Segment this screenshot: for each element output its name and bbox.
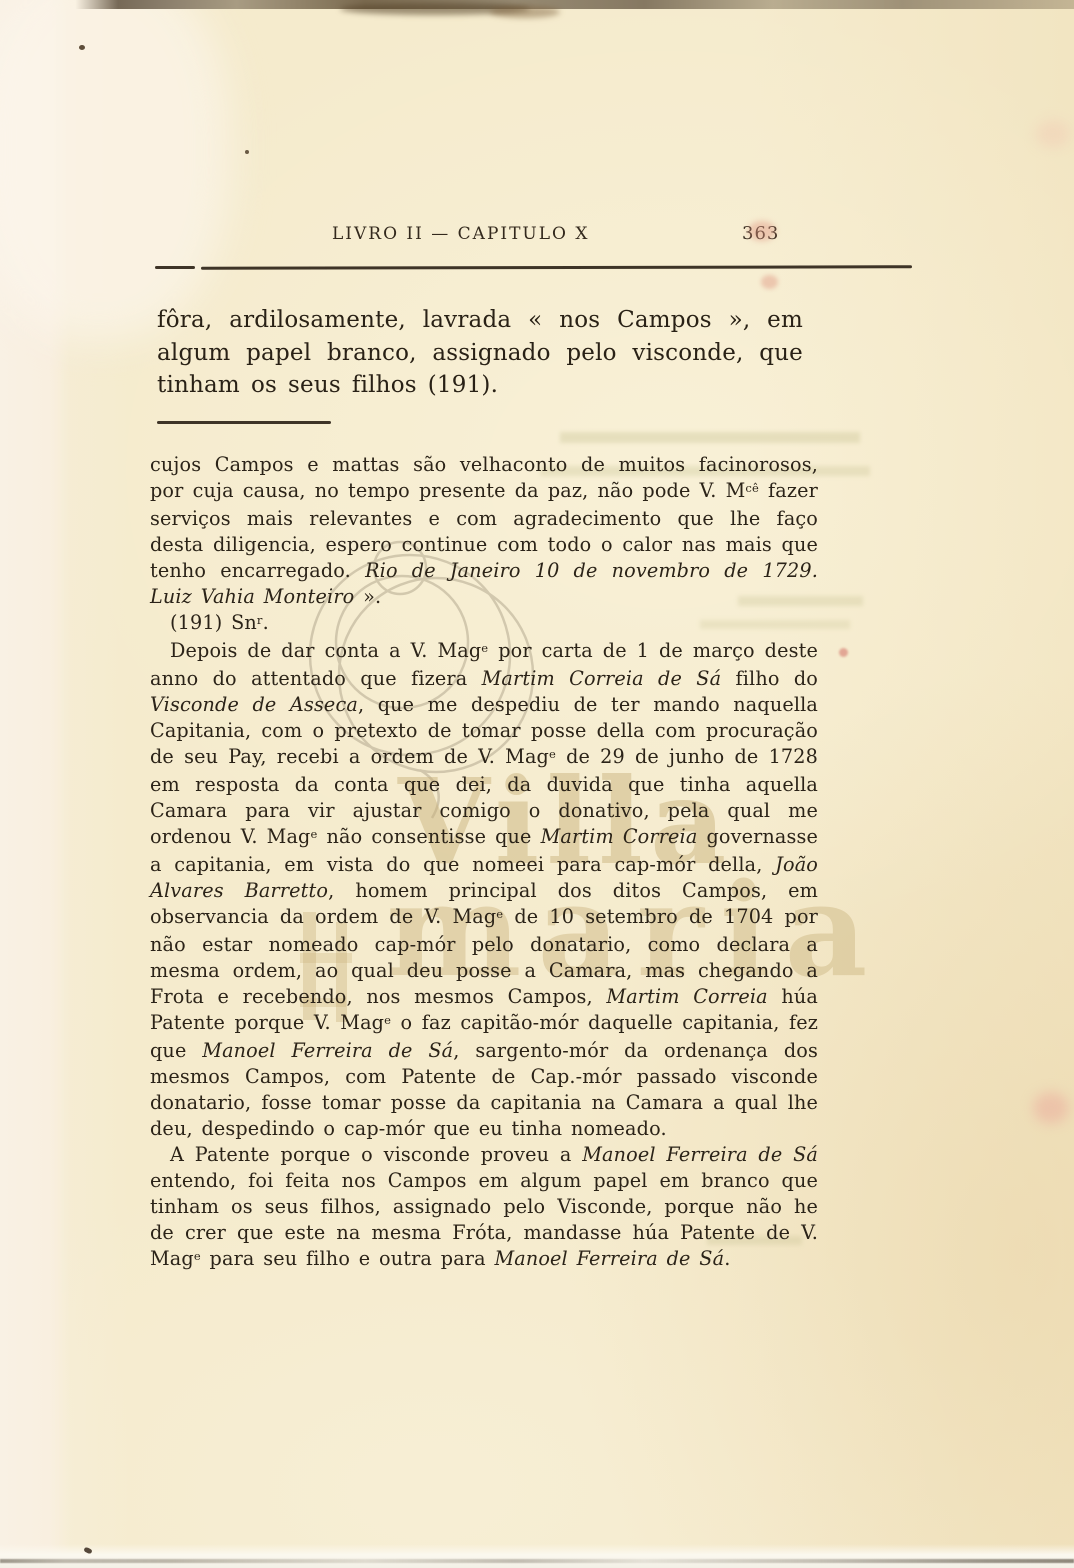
page-bottom-edge-strip bbox=[0, 1544, 1074, 1568]
page-topleft-light-patch bbox=[0, 0, 230, 340]
footnote-paragraph: Depois de dar conta a V. Mage por carta … bbox=[150, 638, 818, 1142]
page-bottom-edge-line bbox=[0, 1559, 1074, 1563]
page-top-dark-edge bbox=[0, 0, 1074, 9]
footnote-paragraph: cujos Campos e mattas são velhaconto de … bbox=[150, 452, 818, 610]
page-top-edge-blot bbox=[340, 3, 530, 15]
verso-showthrough-line bbox=[560, 432, 860, 443]
footnote-paragraph: A Patente porque o visconde proveu a Man… bbox=[150, 1142, 818, 1274]
ink-speck bbox=[245, 150, 249, 154]
footnote-block: cujos Campos e mattas são velhaconto de … bbox=[150, 452, 818, 1274]
stain bbox=[839, 648, 848, 657]
header-rule bbox=[201, 265, 912, 269]
page-number: 363 bbox=[742, 223, 779, 244]
stain bbox=[1036, 120, 1070, 148]
stain bbox=[1033, 1092, 1069, 1124]
footnote-separator-rule bbox=[157, 421, 331, 424]
scanned-book-page: Villa maria LIVRO II — CAPITULO X 363 fô… bbox=[0, 0, 1074, 1568]
stain bbox=[761, 275, 778, 289]
header-rule-segment bbox=[155, 266, 195, 269]
body-paragraph: fôra, ardilosamente, lavrada « nos Campo… bbox=[157, 304, 803, 402]
footnote-paragraph: (191) Snr. bbox=[150, 610, 818, 638]
running-header-title: LIVRO II — CAPITULO X bbox=[332, 224, 590, 244]
